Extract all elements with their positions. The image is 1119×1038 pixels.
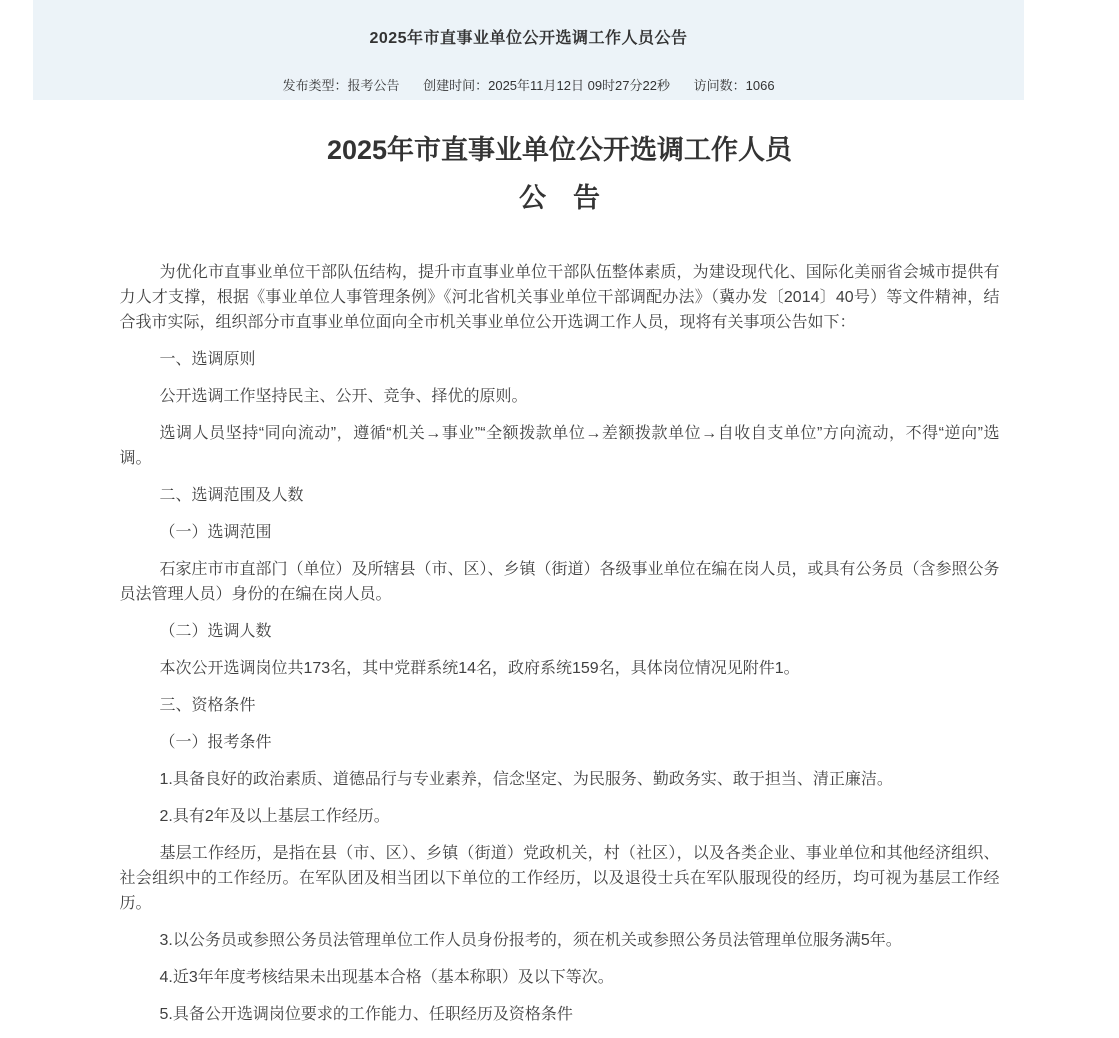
document-body: 为优化市直事业单位干部队伍结构，提升市直事业单位干部队伍整体素质，为建设现代化、…	[120, 260, 1000, 1027]
visit-count-label: 访问数：	[694, 78, 746, 93]
publish-type-value: 报考公告	[347, 78, 399, 93]
visit-count-value: 1066	[746, 78, 775, 93]
paragraph: 一、选调原则	[120, 347, 1000, 372]
paragraph: （二）选调人数	[120, 619, 1000, 644]
paragraph: 基层工作经历，是指在县（市、区）、乡镇（街道）党政机关，村（社区），以及各类企业…	[120, 841, 1000, 916]
paragraph: 公开选调工作坚持民主、公开、竞争、择优的原则。	[120, 384, 1000, 409]
created-time-value: 2025年11月12日 09时27分22秒	[488, 78, 670, 93]
document-title-line1: 2025年市直事业单位公开选调工作人员	[120, 126, 1000, 174]
publish-type: 发布类型：报考公告	[282, 78, 399, 93]
paragraph: 石家庄市市直部门（单位）及所辖县（市、区）、乡镇（街道）各级事业单位在编在岗人员…	[120, 557, 1000, 607]
paragraph: 2.具有2年及以上基层工作经历。	[120, 804, 1000, 829]
paragraph: （一）选调范围	[120, 520, 1000, 545]
document-title-line2: 公 告	[120, 174, 1000, 222]
document: 2025年市直事业单位公开选调工作人员 公 告 为优化市直事业单位干部队伍结构，…	[120, 126, 1000, 1027]
paragraph: 选调人员坚持“同向流动”，遵循“机关→事业”“全额拨款单位→差额拨款单位→自收自…	[120, 421, 1000, 471]
paragraph: 本次公开选调岗位共173名，其中党群系统14名，政府系统159名，具体岗位情况见…	[120, 656, 1000, 681]
paragraph: 5.具备公开选调岗位要求的工作能力、任职经历及资格条件	[120, 1002, 1000, 1027]
paragraph: 二、选调范围及人数	[120, 483, 1000, 508]
paragraph: 4.近3年年度考核结果未出现基本合格（基本称职）及以下等次。	[120, 965, 1000, 990]
page-title: 2025年市直事业单位公开选调工作人员公告	[33, 25, 1024, 48]
announcement-header: 2025年市直事业单位公开选调工作人员公告 发布类型：报考公告 创建时间：202…	[33, 0, 1024, 100]
paragraph: 3.以公务员或参照公务员法管理单位工作人员身份报考的，须在机关或参照公务员法管理…	[120, 928, 1000, 953]
created-time-label: 创建时间：	[423, 78, 488, 93]
paragraph: 三、资格条件	[120, 693, 1000, 718]
document-title: 2025年市直事业单位公开选调工作人员 公 告	[120, 126, 1000, 222]
header-meta: 发布类型：报考公告 创建时间：2025年11月12日 09时27分22秒 访问数…	[33, 75, 1024, 94]
publish-type-label: 发布类型：	[282, 78, 347, 93]
paragraph: （一）报考条件	[120, 730, 1000, 755]
paragraph: 为优化市直事业单位干部队伍结构，提升市直事业单位干部队伍整体素质，为建设现代化、…	[120, 260, 1000, 335]
paragraph: 1.具备良好的政治素质、道德品行与专业素养，信念坚定、为民服务、勤政务实、敢于担…	[120, 767, 1000, 792]
created-time: 创建时间：2025年11月12日 09时27分22秒	[423, 78, 670, 93]
visit-count: 访问数：1066	[694, 78, 775, 93]
